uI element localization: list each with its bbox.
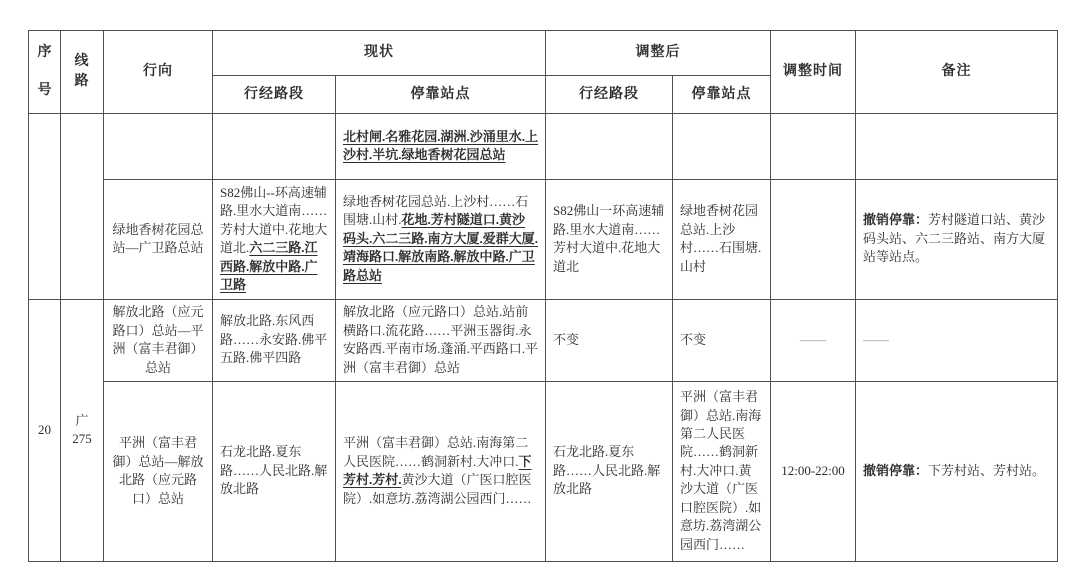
text-segment: 撤销停靠： <box>863 463 928 478</box>
current-road-sections-cell: 解放北路.东风西路……永安路.佛平五路.佛平四路 <box>213 299 336 381</box>
table-row: 北村闸.名雅花园.湖洲.沙涌里水.上沙村.半坑.绿地香树花园总站 <box>29 113 1058 179</box>
current-stops-cell: 解放北路（应元路口）总站.站前横路口.流花路……平洲玉器街.永安路西.平南市场.… <box>336 299 546 381</box>
direction-cell <box>104 113 213 179</box>
header-adjust-time: 调整时间 <box>771 31 856 114</box>
current-road-sections-cell: S82佛山--环高速辅路.里水大道南……芳村大道中.花地大道北.六二三路.江西路… <box>213 179 336 299</box>
header-adjusted: 调整后 <box>546 31 771 76</box>
text-segment: 下芳村站、芳村站。 <box>928 463 1045 478</box>
table-row: 绿地香树花园总站—广卫路总站 S82佛山--环高速辅路.里水大道南……芳村大道中… <box>29 179 1058 299</box>
adjust-time-cell <box>771 179 856 299</box>
table-body: 北村闸.名雅花园.湖洲.沙涌里水.上沙村.半坑.绿地香树花园总站 绿地香树花园总… <box>29 113 1058 561</box>
route-adjustment-table: 序 号 线路 行向 现状 调整后 调整时间 备注 行经路段 停靠站点 行经路段 … <box>28 30 1058 562</box>
header-current-road-sections: 行经路段 <box>213 76 336 113</box>
adjusted-stops-cell: 绿地香树花园总站.上沙村……石围塘.山村 <box>673 179 771 299</box>
table-row: 平洲（富丰君御）总站—解放北路（应元路口）总站 石龙北路.夏东路……人民北路.解… <box>29 381 1058 561</box>
remarks-cell <box>856 113 1058 179</box>
direction-cell: 绿地香树花园总站—广卫路总站 <box>104 179 213 299</box>
text-segment: 撤销停靠： <box>863 212 928 227</box>
adjust-time-cell: —— <box>771 299 856 381</box>
adjusted-stops-cell: 不变 <box>673 299 771 381</box>
current-road-sections-cell: 石龙北路.夏东路……人民北路.解放北路 <box>213 381 336 561</box>
header-remarks: 备注 <box>856 31 1058 114</box>
header-current: 现状 <box>213 31 546 76</box>
line-cell-group1 <box>61 113 104 299</box>
line-cell-group2: 广 275 <box>61 299 104 561</box>
adjusted-stops-cell: 平洲（富丰君御）总站.南海第二人民医院……鹤洞新村.大冲口.黄沙大道（广医口腔医… <box>673 381 771 561</box>
adjusted-road-sections-cell: S82佛山一环高速辅路.里水大道南……芳村大道中.花地大道北 <box>546 179 673 299</box>
adjusted-road-sections-cell: 不变 <box>546 299 673 381</box>
table-row: 20 广 275 解放北路（应元路口）总站—平洲（富丰君御）总站 解放北路.东风… <box>29 299 1058 381</box>
text-segment: 北村闸.名雅花园.湖洲.沙涌里水.上沙村.半坑.绿地香树花园总站 <box>343 129 538 162</box>
remarks-cell: —— <box>856 299 1058 381</box>
header-current-stops: 停靠站点 <box>336 76 546 113</box>
header-serial: 序 号 <box>29 31 61 114</box>
current-stops-cell: 平洲（富丰君御）总站.南海第二人民医院……鹤洞新村.大冲口.下芳村.芳村.黄沙大… <box>336 381 546 561</box>
header-direction: 行向 <box>104 31 213 114</box>
direction-cell: 解放北路（应元路口）总站—平洲（富丰君御）总站 <box>104 299 213 381</box>
remarks-cell: 撤销停靠：芳村隧道口站、黄沙码头站、六二三路站、南方大厦站等站点。 <box>856 179 1058 299</box>
adjusted-stops-cell <box>673 113 771 179</box>
adjust-time-cell: 12:00-22:00 <box>771 381 856 561</box>
serial-cell-group1 <box>29 113 61 299</box>
adjusted-road-sections-cell <box>546 113 673 179</box>
current-stops-cell: 绿地香树花园总站.上沙村……石围塘.山村.花地.芳村隧道口.黄沙码头.六二三路.… <box>336 179 546 299</box>
header-adjusted-road-sections: 行经路段 <box>546 76 673 113</box>
adjust-time-cell <box>771 113 856 179</box>
adjusted-road-sections-cell: 石龙北路.夏东路……人民北路.解放北路 <box>546 381 673 561</box>
document-page: 序 号 线路 行向 现状 调整后 调整时间 备注 行经路段 停靠站点 行经路段 … <box>0 0 1080 586</box>
text-segment: 平洲（富丰君御）总站.南海第二人民医院……鹤洞新村.大冲口. <box>343 435 528 468</box>
table-header: 序 号 线路 行向 现状 调整后 调整时间 备注 行经路段 停靠站点 行经路段 … <box>29 31 1058 114</box>
header-adjusted-stops: 停靠站点 <box>673 76 771 113</box>
serial-cell-group2: 20 <box>29 299 61 561</box>
header-line: 线路 <box>61 31 104 114</box>
remarks-cell: 撤销停靠：下芳村站、芳村站。 <box>856 381 1058 561</box>
current-stops-cell: 北村闸.名雅花园.湖洲.沙涌里水.上沙村.半坑.绿地香树花园总站 <box>336 113 546 179</box>
current-road-sections-cell <box>213 113 336 179</box>
direction-cell: 平洲（富丰君御）总站—解放北路（应元路口）总站 <box>104 381 213 561</box>
